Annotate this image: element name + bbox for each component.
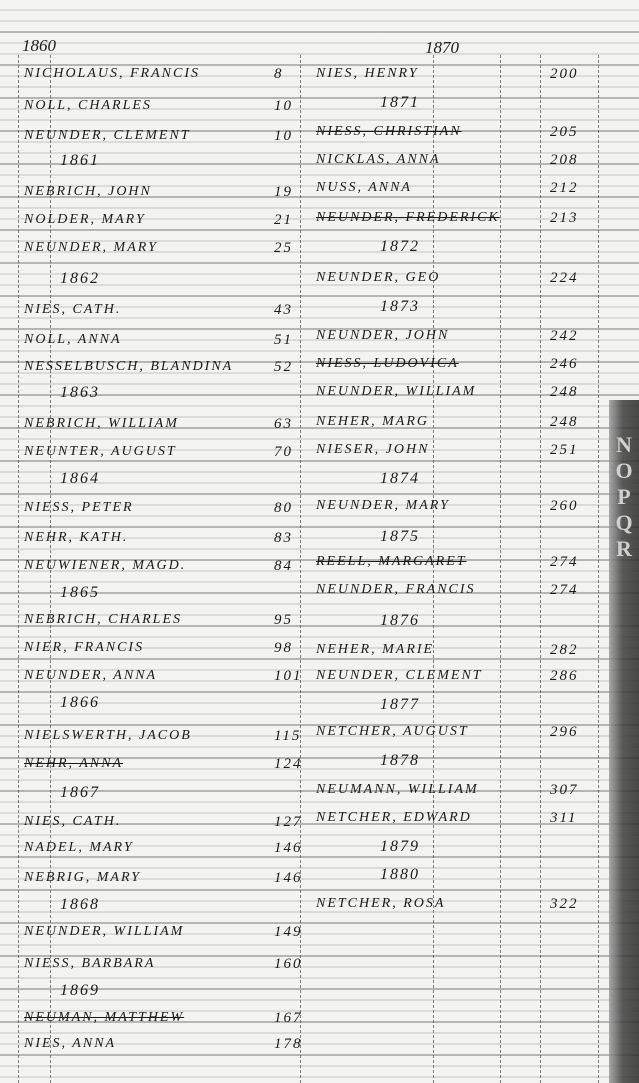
thumb-index-letter: P (615, 484, 633, 510)
entry-name: Netcher, Rosa (316, 896, 445, 912)
entry-name: Reell, Margaret (316, 554, 467, 570)
index-entry: Nicklas, Anna208 (0, 152, 600, 178)
thumb-index-letter: R (615, 536, 633, 562)
index-entry: Niess, Ludovica246 (0, 356, 600, 382)
year-label: 1878 (380, 752, 420, 770)
index-entry: Nieser, John251 (0, 442, 600, 468)
thumb-index-letters: NOPQR (615, 432, 633, 562)
year-heading: 1869 (0, 982, 600, 1008)
year-heading: 1874 (0, 470, 600, 496)
entry-name: Netcher, August (316, 724, 469, 740)
entry-page-number: 167 (274, 1010, 303, 1027)
entry-page-number: 213 (550, 210, 579, 227)
entry-name: Neunder, Mary (316, 498, 450, 514)
index-entry: Neunder, John242 (0, 328, 600, 354)
entry-name: Neher, Marg (316, 414, 429, 430)
year-label: 1873 (380, 298, 420, 316)
entry-page-number: 160 (274, 956, 303, 973)
year-label: 1877 (380, 696, 420, 714)
index-entry: Reell, Margaret274 (0, 554, 600, 580)
entry-name: Niess, Barbara (24, 956, 155, 972)
index-entry: Niess, Barbara160 (0, 956, 600, 982)
entry-page-number: 248 (550, 384, 579, 401)
index-entry: Neunder, Frederick213 (0, 210, 600, 236)
entry-name: Neuman, Matthew (24, 1010, 184, 1026)
entry-page-number: 282 (550, 642, 579, 659)
index-entry: Netcher, Edward311 (0, 810, 600, 836)
entry-name: Niess, Christian (316, 124, 462, 140)
ledger-page: 1860 1870 NOPQR Nicholaus, Francis8Noll,… (0, 0, 639, 1083)
year-label: 1875 (380, 528, 420, 546)
thumb-index-letter: Q (615, 510, 633, 536)
entry-name: Neunder, William (316, 384, 476, 400)
entry-page-number: 178 (274, 1036, 303, 1053)
left-column-start-year: 1860 (22, 36, 56, 56)
entry-name: Neumann, William (316, 782, 479, 798)
entry-name: Neunder, Geo (316, 270, 440, 286)
year-heading: 1880 (0, 866, 600, 892)
year-label: 1871 (380, 94, 420, 112)
index-entry: Neunder, Geo224 (0, 270, 600, 296)
year-label: 1874 (380, 470, 420, 488)
index-entry: Nies, Henry200 (0, 66, 600, 92)
entry-page-number: 274 (550, 554, 579, 571)
index-entry: Netcher, August296 (0, 724, 600, 750)
entry-name: Netcher, Edward (316, 810, 472, 826)
entry-page-number: 322 (550, 896, 579, 913)
year-heading: 1873 (0, 298, 600, 324)
index-entry: Neher, Marg248 (0, 414, 600, 440)
entry-page-number: 307 (550, 782, 579, 799)
entry-page-number: 224 (550, 270, 579, 287)
entry-page-number: 205 (550, 124, 579, 141)
entry-page-number: 311 (550, 810, 577, 827)
index-entry: Neuman, Matthew167 (0, 1010, 600, 1036)
year-label: 1880 (380, 866, 420, 884)
entry-name: Neunder, Frederick (316, 210, 500, 226)
index-entry: Neunder, Clement286 (0, 668, 600, 694)
entry-name: Neher, Marie (316, 642, 434, 658)
entry-name: Nuss, Anna (316, 180, 412, 196)
entry-name: Nicklas, Anna (316, 152, 441, 168)
entry-name: Niess, Ludovica (316, 356, 459, 372)
entry-page-number: 274 (550, 582, 579, 599)
index-entry: Neher, Marie282 (0, 642, 600, 668)
entry-page-number: 200 (550, 66, 579, 83)
year-heading: 1871 (0, 94, 600, 120)
thumb-index-letter: O (615, 458, 633, 484)
index-entry: Neunder, Mary260 (0, 498, 600, 524)
entry-name: Nies, Henry (316, 66, 419, 82)
year-label: 1869 (60, 982, 100, 1000)
entry-name: Nies, Anna (24, 1036, 116, 1052)
index-entry: Nuss, Anna212 (0, 180, 600, 206)
year-heading: 1875 (0, 528, 600, 554)
year-heading: 1878 (0, 752, 600, 778)
year-label: 1876 (380, 612, 420, 630)
index-entry: Neunder, William248 (0, 384, 600, 410)
thumb-index-letter: N (615, 432, 633, 458)
entry-name: Nieser, John (316, 442, 429, 458)
index-entry: Neunder, Francis274 (0, 582, 600, 608)
entry-page-number: 296 (550, 724, 579, 741)
year-label: 1872 (380, 238, 420, 256)
index-entry: Neunder, William149 (0, 924, 600, 950)
index-entry: Nies, Anna178 (0, 1036, 600, 1062)
entry-page-number: 246 (550, 356, 579, 373)
year-heading: 1877 (0, 696, 600, 722)
entry-page-number: 260 (550, 498, 579, 515)
entry-page-number: 212 (550, 180, 579, 197)
index-entry: Netcher, Rosa322 (0, 896, 600, 922)
entry-page-number: 149 (274, 924, 303, 941)
entry-page-number: 208 (550, 152, 579, 169)
year-heading: 1872 (0, 238, 600, 264)
year-heading: 1876 (0, 612, 600, 638)
entry-page-number: 242 (550, 328, 579, 345)
entry-name: Neunder, John (316, 328, 449, 344)
entry-page-number: 286 (550, 668, 579, 685)
index-entry: Neumann, William307 (0, 782, 600, 808)
year-heading: 1879 (0, 838, 600, 864)
index-entry: Niess, Christian205 (0, 124, 600, 150)
entry-page-number: 251 (550, 442, 579, 459)
year-label: 1879 (380, 838, 420, 856)
entry-page-number: 248 (550, 414, 579, 431)
entry-name: Neunder, Clement (316, 668, 483, 684)
entry-name: Neunder, William (24, 924, 184, 940)
entry-name: Neunder, Francis (316, 582, 476, 598)
right-column-start-year: 1870 (425, 38, 459, 58)
